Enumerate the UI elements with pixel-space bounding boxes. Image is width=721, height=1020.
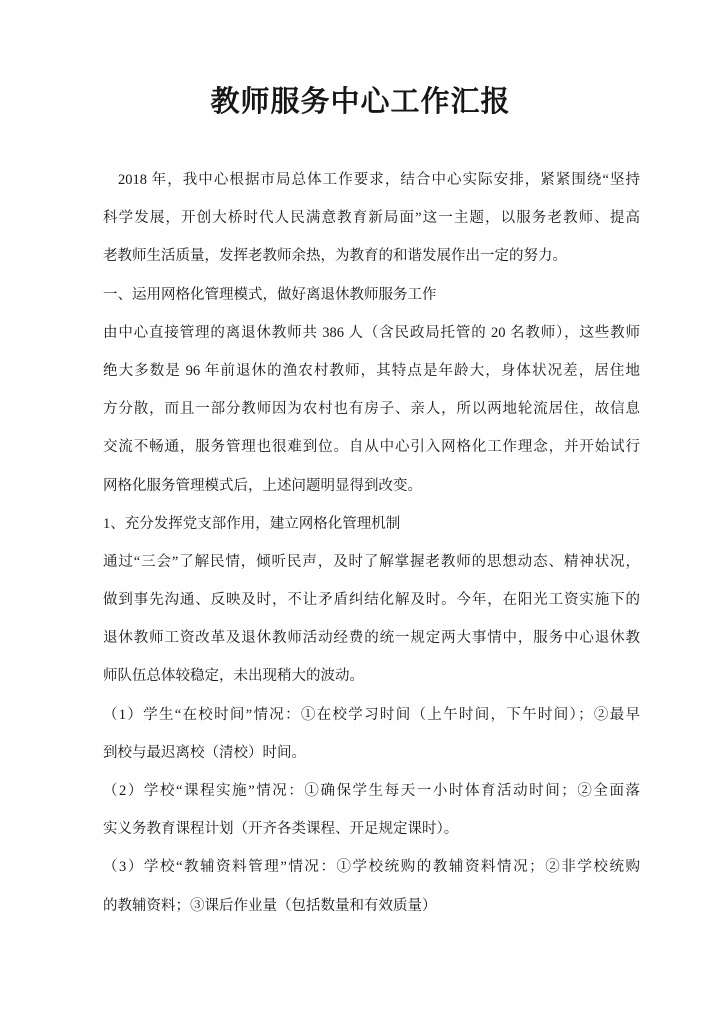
paragraph-line: 退休教师工资改革及退休教师活动经费的统一规定两大事情中，服务中心退休教 — [103, 619, 640, 657]
paragraph-line: 师队伍总体较稳定，未出现稍大的波动。 — [103, 657, 640, 695]
paragraph-line: 实义务教育课程计划（开齐各类课程、开足规定课时）。 — [103, 810, 640, 848]
paragraph-line: 老教师生活质量，发挥老教师余热，为教育的和谐发展作出一定的努力。 — [103, 237, 640, 275]
paragraph-line: （2）学校“课程实施”情况：①确保学生每天一小时体育活动时间；②全面落 — [103, 772, 640, 810]
paragraph-line: 交流不畅通，服务管理也很难到位。自从中心引入网格化工作理念，并开始试行 — [103, 428, 640, 466]
paragraph-line: （1）学生“在校时间”情况：①在校学习时间（上午时间，下午时间）；②最早 — [103, 696, 640, 734]
paragraph-line: 到校与最迟离校（清校）时间。 — [103, 734, 640, 772]
paragraph-line: 绝大多数是 96 年前退休的渔农村教师，其特点是年龄大，身体状况差，居住地 — [103, 352, 640, 390]
paragraph-line: （3）学校“教辅资料管理”情况：①学校统购的教辅资料情况；②非学校统购 — [103, 848, 640, 886]
paragraph-line: 由中心直接管理的离退休教师共 386 人（含民政局托管的 20 名教师），这些教… — [103, 314, 640, 352]
document-page: 教师服务中心工作汇报 2018 年，我中心根据市局总体工作要求，结合中心实际安排… — [0, 0, 721, 1020]
paragraph-line: 网格化服务管理模式后，上述问题明显得到改变。 — [103, 467, 640, 505]
paragraph-line: 科学发展，开创大桥时代人民满意教育新局面”这一主题，以服务老教师、提高 — [103, 199, 640, 237]
document-body: 2018 年，我中心根据市局总体工作要求，结合中心实际安排，紧紧围绕“坚持科学发… — [103, 161, 640, 925]
section-heading: 一、运用网格化管理模式，做好离退休教师服务工作 — [103, 276, 640, 314]
paragraph-line: 的教辅资料；③课后作业量（包括数量和有效质量） — [103, 887, 640, 925]
section-heading: 1、充分发挥党支部作用，建立网格化管理机制 — [103, 505, 640, 543]
paragraph-line: 通过“三会”了解民情，倾听民声，及时了解掌握老教师的思想动态、精神状况， — [103, 543, 640, 581]
paragraph-line: 2018 年，我中心根据市局总体工作要求，结合中心实际安排，紧紧围绕“坚持 — [103, 161, 640, 199]
paragraph-line: 做到事先沟通、反映及时，不让矛盾纠结化解及时。今年，在阳光工资实施下的 — [103, 581, 640, 619]
document-title: 教师服务中心工作汇报 — [0, 85, 721, 119]
paragraph-line: 方分散，而且一部分教师因为农村也有房子、亲人，所以两地轮流居住，故信息 — [103, 390, 640, 428]
